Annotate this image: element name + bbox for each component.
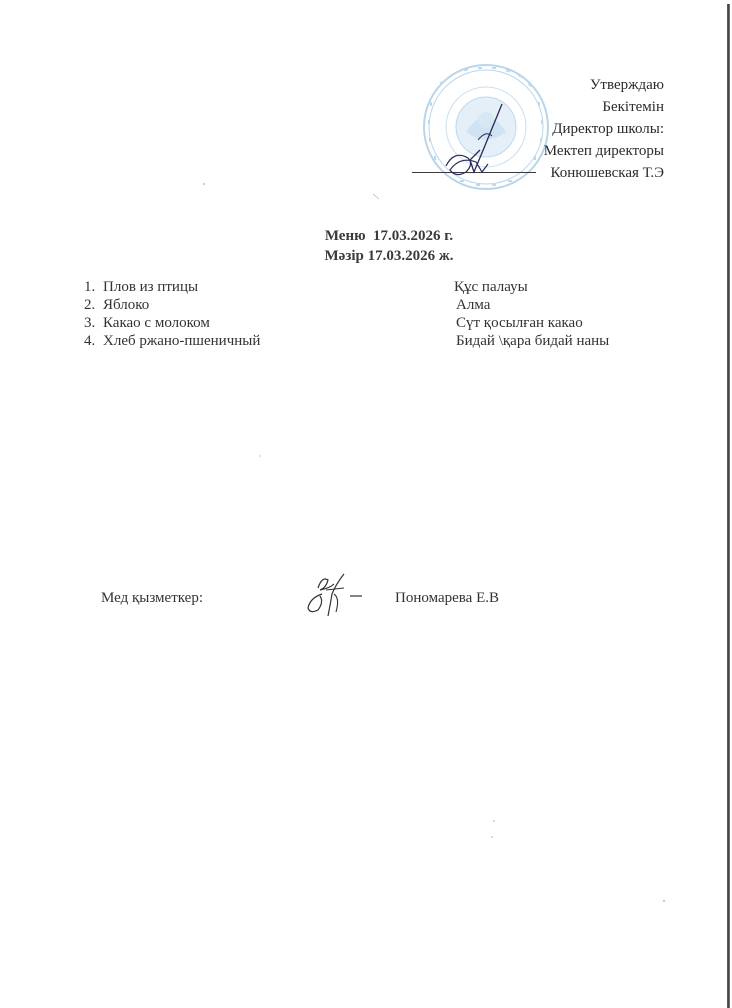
list-item: Бидай \қара бидай наны: [456, 332, 609, 350]
item-number: 4.: [84, 332, 103, 350]
menu-title-kz: Мәзір 17.03.2026 ж.: [0, 246, 732, 266]
menu-list-kz: Құс палауы Алма Сүт қосылған какао Бидай…: [456, 278, 609, 350]
list-item: Алма: [456, 296, 609, 314]
list-item: 3.Какао с молоком: [84, 314, 260, 332]
approval-block: Утверждаю Бекітемін Директор школы: Мект…: [544, 74, 664, 184]
item-number: 2.: [84, 296, 103, 314]
scan-speck: [373, 194, 380, 200]
item-label: Плов из птицы: [103, 279, 198, 295]
list-item: 4.Хлеб ржано-пшеничный: [84, 332, 260, 350]
list-item: 1.Плов из птицы: [84, 278, 260, 296]
approval-line: Бекітемін: [544, 96, 664, 118]
scan-speck: [493, 820, 495, 822]
approval-line: Директор школы:: [544, 118, 664, 140]
approval-line: Утверждаю: [544, 74, 664, 96]
scan-edge: [727, 4, 730, 1008]
med-worker-name: Пономарева Е.В: [395, 590, 499, 607]
menu-title-ru: Меню 17.03.2026 г.: [0, 226, 732, 246]
approval-line: Мектеп директоры: [544, 140, 664, 162]
med-worker-label: Мед қызметкер:: [101, 590, 203, 607]
list-item: 2.Яблоко: [84, 296, 260, 314]
item-label: Яблоко: [103, 297, 149, 313]
document-page: Утверждаю Бекітемін Директор школы: Мект…: [0, 0, 732, 1008]
approval-line: Конюшевская Т.Э: [544, 162, 664, 184]
item-label: Хлеб ржано-пшеничный: [103, 333, 260, 349]
menu-list-ru: 1.Плов из птицы 2.Яблоко 3.Какао с молок…: [84, 278, 260, 350]
list-item: Сүт қосылған какао: [456, 314, 609, 332]
list-item: Құс палауы: [454, 278, 609, 296]
item-number: 1.: [84, 278, 103, 296]
item-number: 3.: [84, 314, 103, 332]
scan-speck: [663, 900, 665, 902]
item-label: Какао с молоком: [103, 315, 210, 331]
scan-speck: [491, 836, 493, 838]
scan-speck: [203, 183, 205, 185]
scan-speck: [259, 455, 261, 457]
menu-title: Меню 17.03.2026 г. Мәзір 17.03.2026 ж.: [0, 226, 732, 266]
director-signature-icon: [440, 100, 520, 180]
med-worker-signature-icon: [300, 572, 370, 618]
